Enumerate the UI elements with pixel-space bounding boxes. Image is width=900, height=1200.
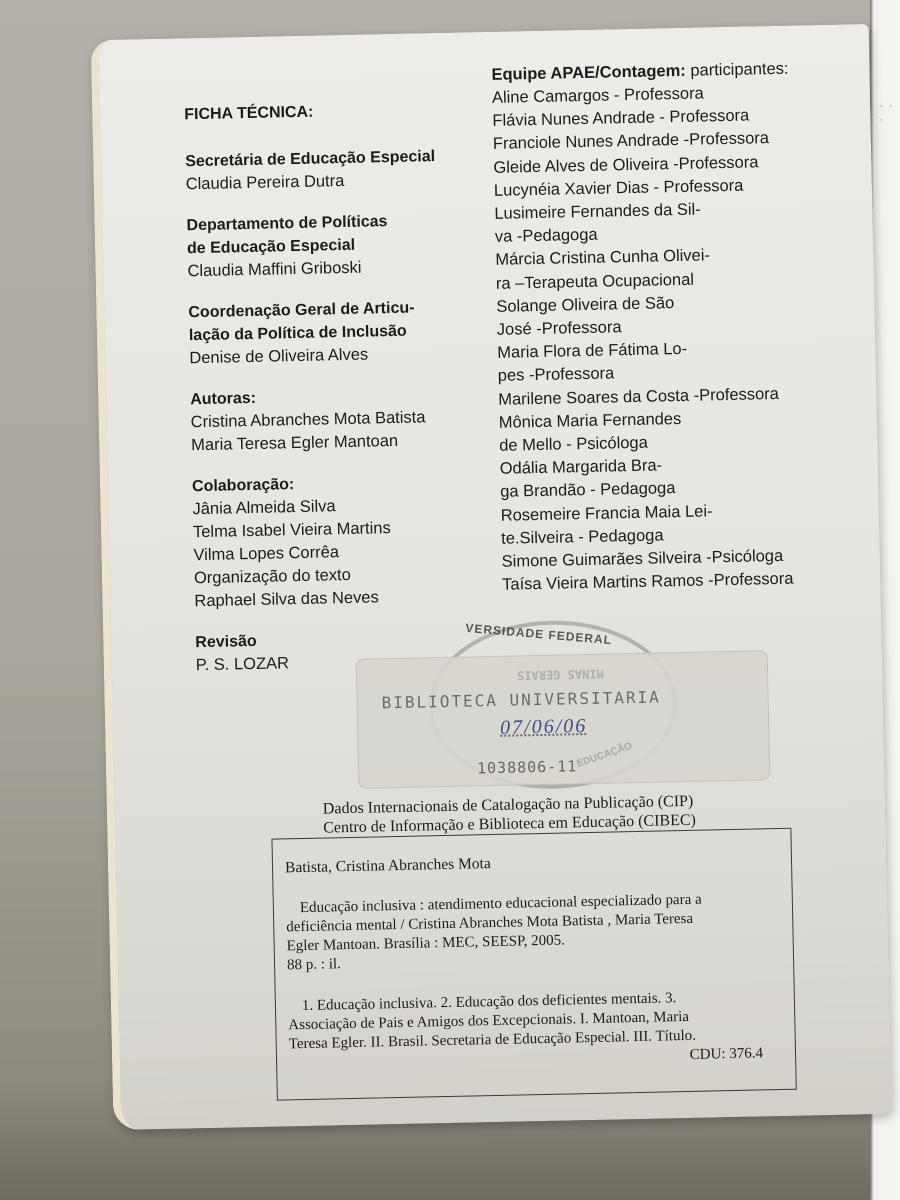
- acquisition-date: 07/06/06: [500, 715, 588, 740]
- section-name: Raphael Silva das Neves: [194, 584, 494, 613]
- cip-description: Educação inclusiva : atendimento educaci…: [286, 889, 779, 975]
- cip-author: Batista, Cristina Abranches Mota: [285, 849, 777, 877]
- library-stamp: VERSIDADE FEDERAL MINAS GERAIS BIBLIOTEC…: [323, 616, 786, 796]
- book-page: FICHA TÉCNICA: Secretária de Educação Es…: [91, 24, 892, 1130]
- section-name: Claudia Maffini Griboski: [187, 254, 487, 283]
- section-colaboracao: Colaboração: Jânia Almeida Silva Telma I…: [192, 469, 495, 613]
- section-name: Claudia Pereira Dutra: [185, 167, 485, 196]
- participant-list: Aline Camargos - ProfessoraFlávia Nunes …: [492, 79, 863, 597]
- cip-record-box: Batista, Cristina Abranches Mota Educaçã…: [271, 828, 796, 1101]
- section-coordenacao: Coordenação Geral de Articu- lação da Po…: [188, 295, 489, 370]
- section-autoras: Autoras: Cristina Abranches Mota Batista…: [190, 382, 491, 457]
- section-departamento: Departamento de Políticas de Educação Es…: [186, 208, 487, 283]
- equipe-column: Equipe APAE/Contagem: participantes: Ali…: [491, 56, 862, 597]
- section-secretaria: Secretária de Educação Especial Claudia …: [185, 144, 486, 196]
- equipe-title-bold: Equipe APAE/Contagem:: [491, 62, 686, 84]
- section-name: Denise de Oliveira Alves: [189, 341, 489, 370]
- registration-code: 1038806-11: [477, 757, 578, 777]
- library-label: MINAS GERAIS BIBLIOTECA UNIVERSITARIA 07…: [356, 650, 771, 789]
- label-ghost-text: MINAS GERAIS: [517, 667, 604, 683]
- ficha-tecnica-column: FICHA TÉCNICA: Secretária de Educação Es…: [184, 100, 496, 695]
- equipe-title-rest: participantes:: [686, 60, 789, 80]
- library-name: BIBLIOTECA UNIVERSITARIA: [381, 687, 661, 712]
- dotted-mark: · · · · ·: [870, 98, 896, 126]
- ficha-tecnica-title: FICHA TÉCNICA:: [184, 100, 484, 124]
- section-name: Maria Teresa Egler Mantoan: [191, 428, 491, 457]
- cip-subjects: 1. Educação inclusiva. 2. Educação dos d…: [288, 987, 781, 1054]
